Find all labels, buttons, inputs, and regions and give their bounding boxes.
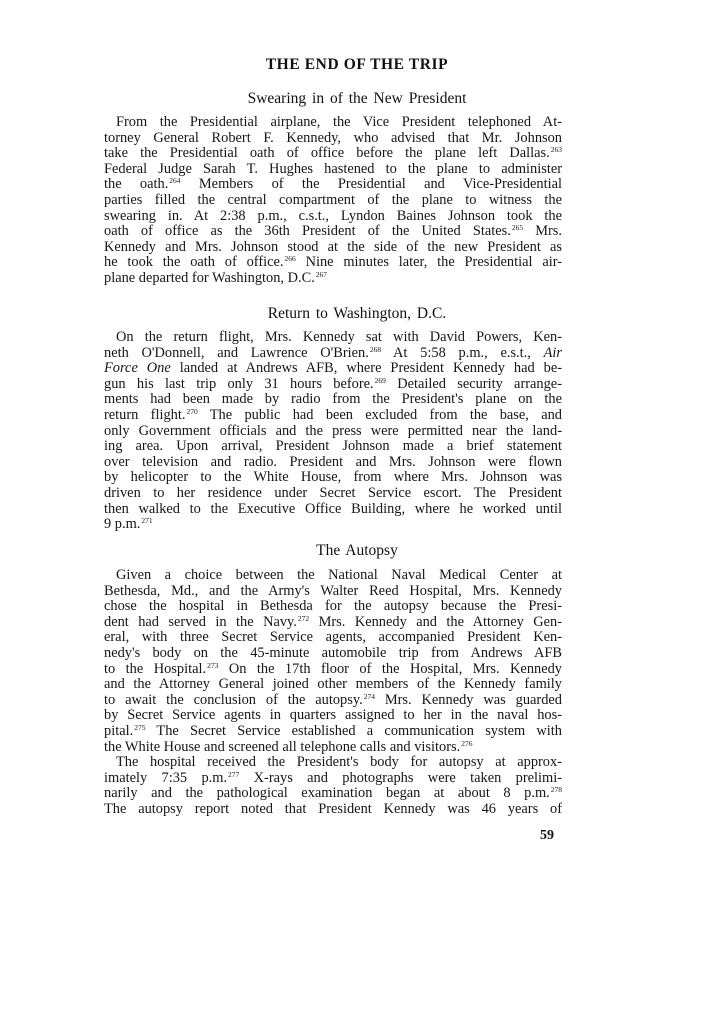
text-line: nedy's body on the 45-minute automobile … — [104, 646, 562, 662]
section-heading-swearing-in: Swearing in of the New President — [0, 90, 714, 108]
text-line: oath of office as the 36th President of … — [104, 224, 562, 240]
text-line: take the Presidential oath of office bef… — [104, 146, 562, 162]
text-line: swearing in. At 2:38 p.m., c.s.t., Lyndo… — [104, 209, 562, 225]
document-page: THE END OF THE TRIP Swearing in of the N… — [0, 0, 714, 1010]
text-line: the White House and screened all telepho… — [104, 740, 562, 756]
footnote-ref: 270 — [186, 407, 197, 416]
text-line: On the return flight, Mrs. Kennedy sat w… — [104, 330, 562, 346]
text-line: The hospital received the President's bo… — [104, 755, 562, 771]
text-line: torney General Robert F. Kennedy, who ad… — [104, 131, 562, 147]
running-head: THE END OF THE TRIP — [0, 56, 714, 74]
footnote-ref: 265 — [512, 223, 523, 232]
footnote-ref: 272 — [298, 614, 309, 623]
text-line: parties filled the central compartment o… — [104, 193, 562, 209]
text-line: to await the conclusion of the autopsy.2… — [104, 693, 562, 709]
footnote-ref: 264 — [169, 176, 180, 185]
text-line: driven to her residence under Secret Ser… — [104, 486, 562, 502]
section-body-swearing-in: From the Presidential airplane, the Vice… — [104, 115, 562, 287]
footnote-ref: 267 — [316, 270, 327, 279]
footnote-ref: 273 — [207, 661, 218, 670]
text-line: neth O'Donnell, and Lawrence O'Brien.268… — [104, 346, 562, 362]
text-line: chose the hospital in Bethesda for the a… — [104, 599, 562, 615]
text-line: ing area. Upon arrival, President Johnso… — [104, 439, 562, 455]
text-line: pital.275 The Secret Service established… — [104, 724, 562, 740]
text-line: Given a choice between the National Nava… — [104, 568, 562, 584]
text-line: From the Presidential airplane, the Vice… — [104, 115, 562, 131]
page-number: 59 — [540, 828, 554, 844]
text-line: by Secret Service agents in quarters ass… — [104, 708, 562, 724]
text-line: to the Hospital.273 On the 17th floor of… — [104, 662, 562, 678]
section-heading-autopsy: The Autopsy — [0, 542, 714, 560]
text-line: then walked to the Executive Office Buil… — [104, 502, 562, 518]
text-line: The autopsy report noted that President … — [104, 802, 562, 818]
text-line: eral, with three Secret Service agents, … — [104, 630, 562, 646]
footnote-ref: 278 — [551, 785, 562, 794]
footnote-ref: 274 — [364, 692, 375, 701]
footnote-ref: 275 — [134, 723, 145, 732]
text-line: only Government officials and the press … — [104, 424, 562, 440]
text-line: over television and radio. President and… — [104, 455, 562, 471]
text-line: he took the oath of office.266 Nine minu… — [104, 255, 562, 271]
footnote-ref: 277 — [228, 770, 239, 779]
text-line: dent had served in the Navy.272 Mrs. Ken… — [104, 615, 562, 631]
footnote-ref: 266 — [285, 254, 296, 263]
text-line: Kennedy and Mrs. Johnson stood at the si… — [104, 240, 562, 256]
text-line: imately 7:35 p.m.277 X-rays and photogra… — [104, 771, 562, 787]
section-heading-return-to-washington: Return to Washington, D.C. — [0, 305, 714, 323]
text-line: 9 p.m.271 — [104, 517, 562, 533]
text-line: by helicopter to the White House, from w… — [104, 470, 562, 486]
footnote-ref: 271 — [141, 516, 152, 525]
text-line: plane departed for Washington, D.C.267 — [104, 271, 562, 287]
text-line: narily and the pathological examination … — [104, 786, 562, 802]
text-line: Federal Judge Sarah T. Hughes hastened t… — [104, 162, 562, 178]
text-line: Force One landed at Andrews AFB, where P… — [104, 361, 562, 377]
text-line: ments had been made by radio from the Pr… — [104, 392, 562, 408]
text-line: gun his last trip only 31 hours before.2… — [104, 377, 562, 393]
text-line: the oath.264 Members of the Presidential… — [104, 177, 562, 193]
text-line: and the Attorney General joined other me… — [104, 677, 562, 693]
footnote-ref: 269 — [375, 376, 386, 385]
section-body-return-to-washington: On the return flight, Mrs. Kennedy sat w… — [104, 330, 562, 533]
footnote-ref: 276 — [461, 739, 472, 748]
section-body-autopsy: Given a choice between the National Nava… — [104, 568, 562, 818]
text-line: Bethesda, Md., and the Army's Walter Ree… — [104, 584, 562, 600]
footnote-ref: 263 — [551, 145, 562, 154]
footnote-ref: 268 — [370, 345, 381, 354]
text-line: return flight.270 The public had been ex… — [104, 408, 562, 424]
